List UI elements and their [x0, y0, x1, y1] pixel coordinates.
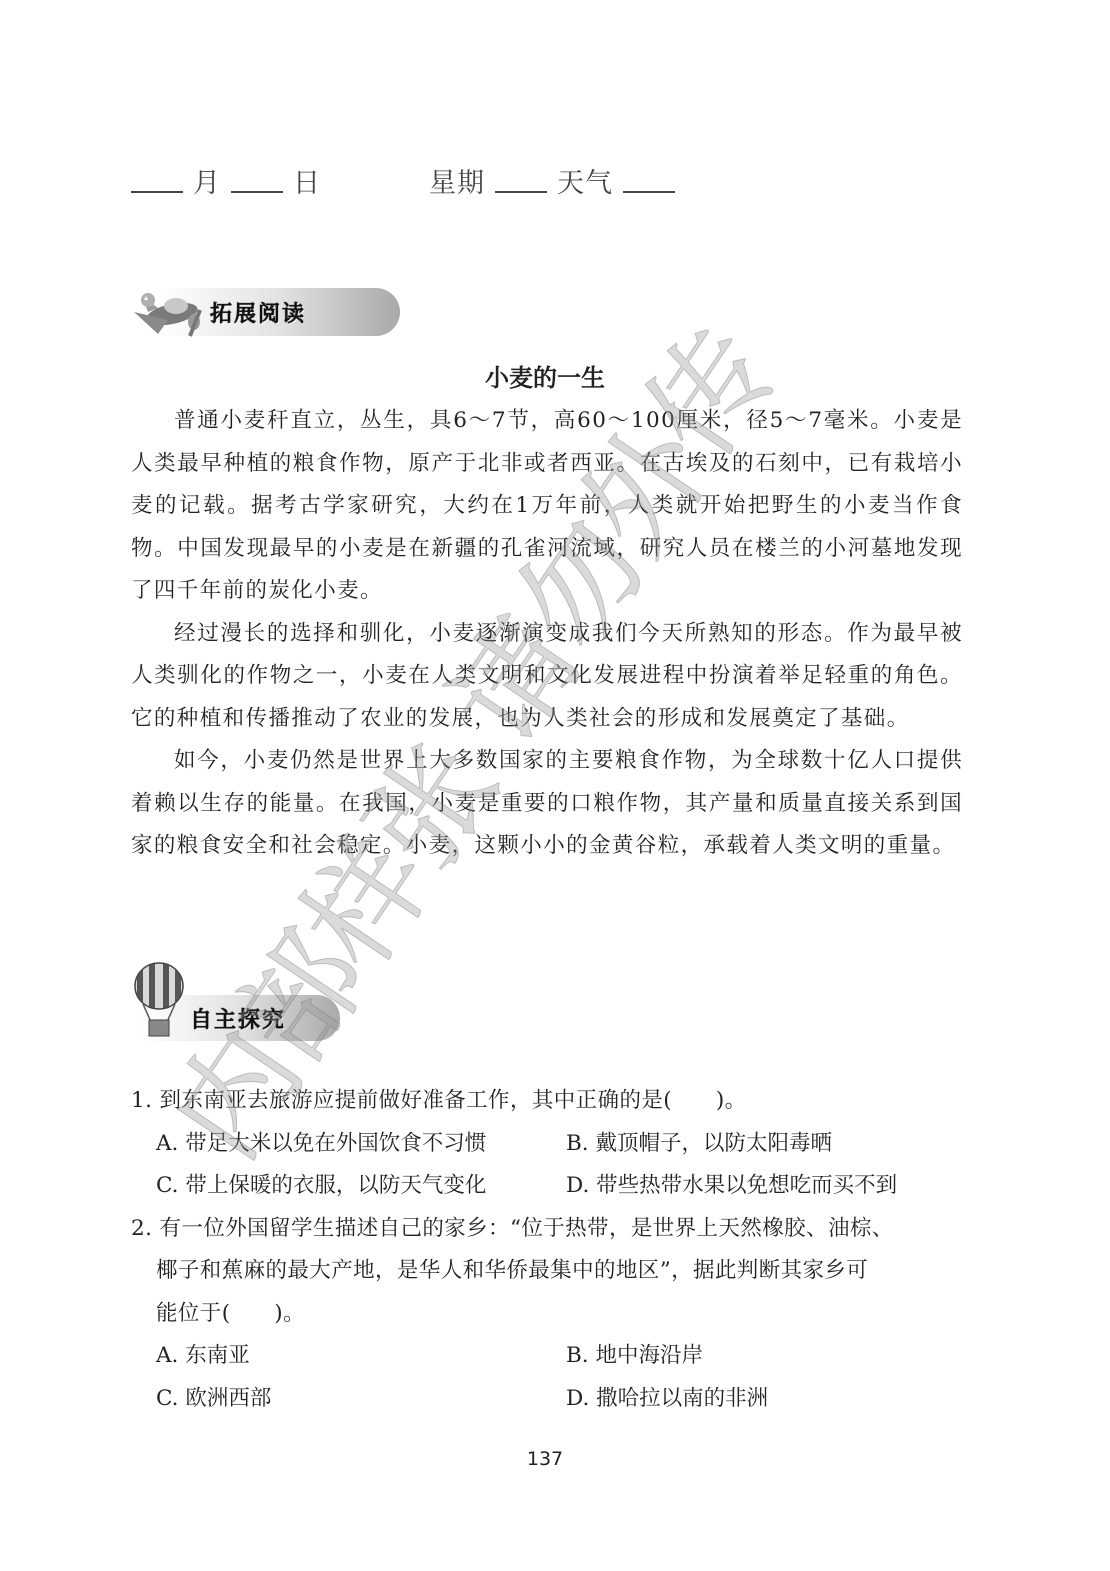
weather-blank[interactable] — [623, 190, 675, 193]
airplane-icon — [128, 282, 210, 342]
date-weather-line: 月 日 星期 天气 — [131, 160, 731, 200]
question-list: 1. 到东南亚去旅游应提前做好准备工作，其中正确的是( )。 A. 带足大米以免… — [131, 1080, 967, 1420]
option-d[interactable]: D. 带些热带水果以免想吃而买不到 — [566, 1165, 966, 1208]
article-title: 小麦的一生 — [0, 358, 1090, 393]
question-stem: 1. 到东南亚去旅游应提前做好准备工作，其中正确的是( )。 — [131, 1080, 967, 1123]
article-body: 普通小麦秆直立，丛生，具6～7节，高60～100厘米，径5～7毫米。小麦是人类最… — [131, 400, 963, 868]
option-d[interactable]: D. 撒哈拉以南的非洲 — [566, 1378, 966, 1421]
article-paragraph: 经过漫长的选择和驯化，小麦逐渐演变成我们今天所熟知的形态。作为最早被人类驯化的作… — [131, 613, 963, 741]
month-label: 月 — [193, 161, 221, 200]
question-1: 1. 到东南亚去旅游应提前做好准备工作，其中正确的是( )。 A. 带足大米以免… — [131, 1080, 967, 1208]
option-b[interactable]: B. 戴顶帽子，以防太阳毒晒 — [566, 1123, 966, 1166]
weather-label: 天气 — [557, 161, 613, 200]
hot-air-balloon-icon — [133, 962, 185, 1042]
option-a[interactable]: A. 东南亚 — [156, 1335, 566, 1378]
section-title-reading: 拓展阅读 — [210, 297, 306, 328]
option-b[interactable]: B. 地中海沿岸 — [566, 1335, 966, 1378]
option-c[interactable]: C. 欧洲西部 — [156, 1378, 566, 1421]
article-paragraph: 普通小麦秆直立，丛生，具6～7节，高60～100厘米，径5～7毫米。小麦是人类最… — [131, 400, 963, 613]
page-number: 137 — [0, 1448, 1090, 1470]
day-label: 日 — [293, 161, 321, 200]
option-a[interactable]: A. 带足大米以免在外国饮食不习惯 — [156, 1123, 566, 1166]
weekday-label: 星期 — [429, 161, 485, 200]
month-blank[interactable] — [131, 190, 183, 193]
question-stem-cont: 椰子和蕉麻的最大产地，是华人和华侨最集中的地区”，据此判断其家乡可 — [131, 1250, 967, 1293]
option-grid: A. 带足大米以免在外国饮食不习惯 B. 戴顶帽子，以防太阳毒晒 C. 带上保暖… — [131, 1123, 967, 1208]
option-grid: A. 东南亚 B. 地中海沿岸 C. 欧洲西部 D. 撒哈拉以南的非洲 — [131, 1335, 967, 1420]
question-2: 2. 有一位外国留学生描述自己的家乡：“位于热带，是世界上天然橡胶、油棕、 椰子… — [131, 1208, 967, 1421]
option-c[interactable]: C. 带上保暖的衣服，以防天气变化 — [156, 1165, 566, 1208]
question-stem-cont: 能位于( )。 — [131, 1293, 967, 1336]
day-blank[interactable] — [231, 190, 283, 193]
question-stem: 2. 有一位外国留学生描述自己的家乡：“位于热带，是世界上天然橡胶、油棕、 — [131, 1208, 967, 1251]
article-paragraph: 如今，小麦仍然是世界上大多数国家的主要粮食作物，为全球数十亿人口提供着赖以生存的… — [131, 740, 963, 868]
section-title-explore: 自主探究 — [190, 1003, 286, 1034]
weekday-blank[interactable] — [495, 190, 547, 193]
